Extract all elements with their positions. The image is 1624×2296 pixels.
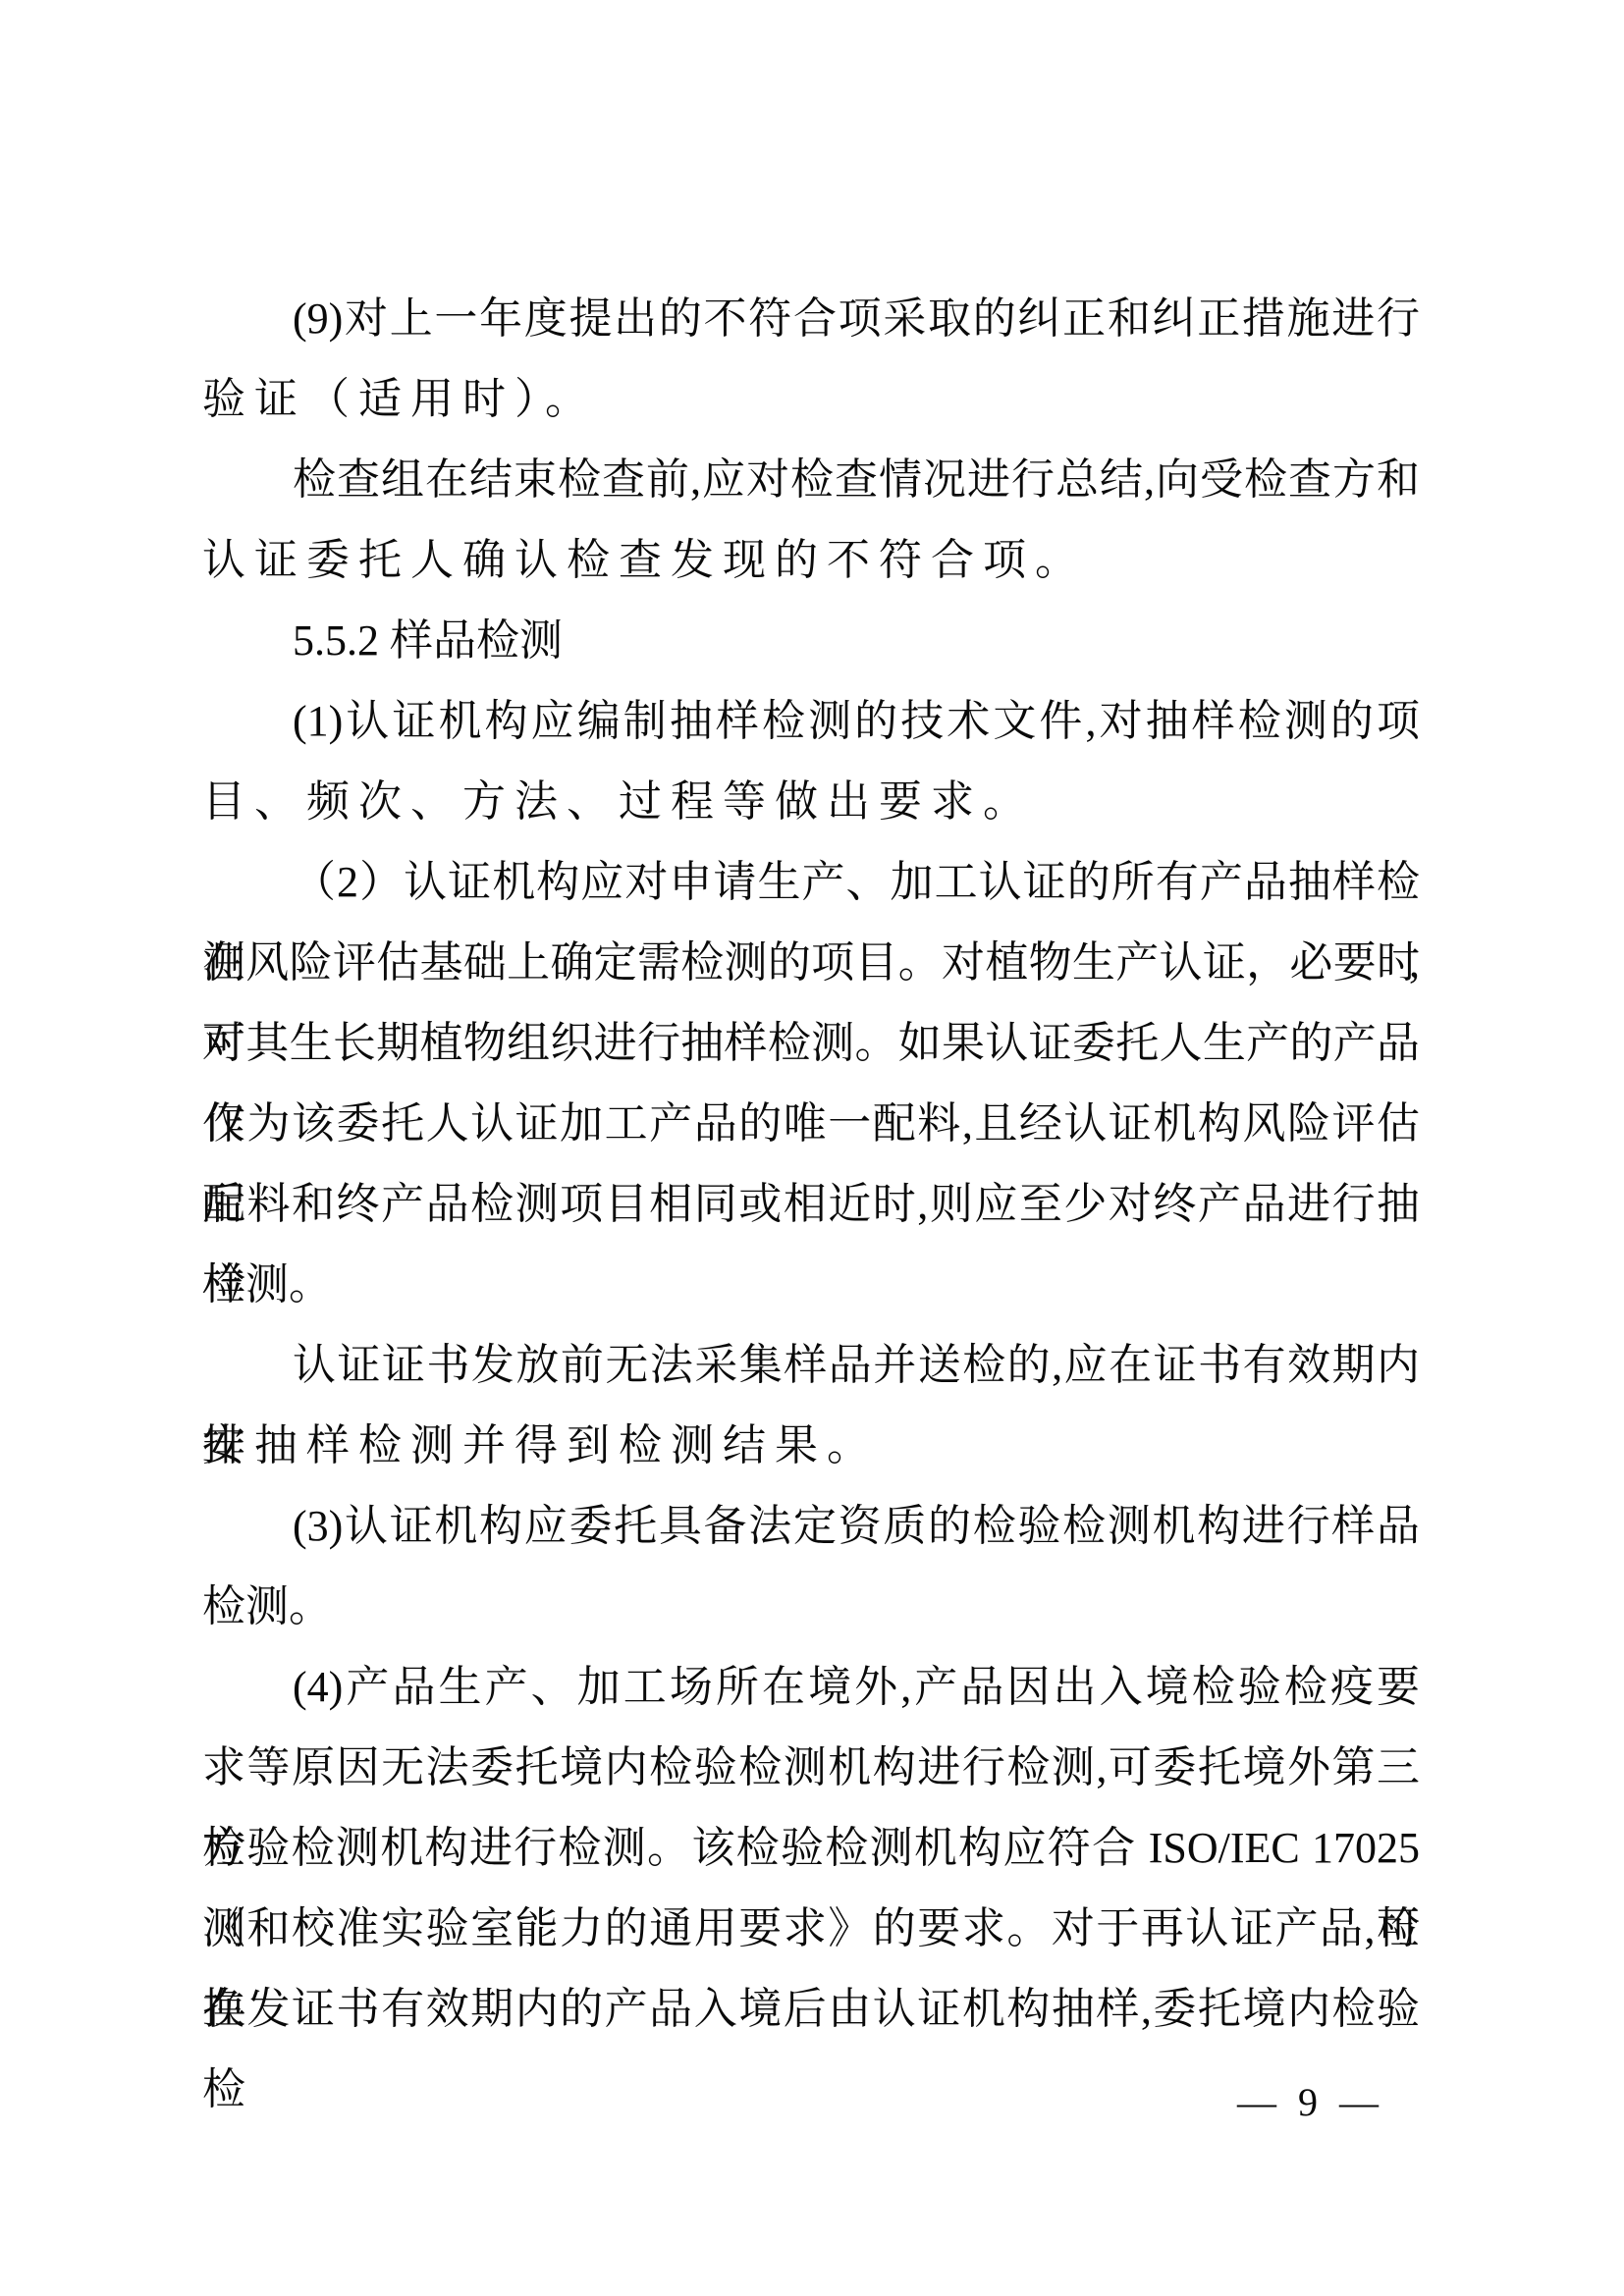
text-line: 目、频次、方法、过程等做出要求。 [202, 762, 1420, 842]
text-line: 排抽样检测并得到检测结果。 [202, 1406, 1420, 1486]
text-line: 验证（适用时）。 [202, 359, 1420, 440]
text-line: 测和校准实验室能力的通用要求》的要求。对于再认证产品,可在 [202, 1889, 1420, 1969]
document-page: (9)对上一年度提出的不符合项采取的纠正和纠正措施进行验证（适用时）。检查组在结… [0, 0, 1624, 2296]
page-number: — 9 — [1237, 2073, 1384, 2132]
text-line: (4)产品生产、加工场所在境外,产品因出入境检验检疫要 [202, 1647, 1420, 1728]
text-line: 认证委托人确认检查发现的不符合项。 [202, 520, 1420, 601]
text-line: (3)认证机构应委托具备法定资质的检验检测机构进行样品 [202, 1486, 1420, 1567]
text-line: 检查组在结束检查前,应对检查情况进行总结,向受检查方和 [202, 440, 1420, 520]
text-line: (1)认证机构应编制抽样检测的技术文件,对抽样检测的项 [202, 681, 1420, 762]
text-line: 认证证书发放前无法采集样品并送检的,应在证书有效期内安 [202, 1325, 1420, 1406]
text-line: 换发证书有效期内的产品入境后由认证机构抽样,委托境内检验检 [202, 1969, 1420, 2050]
document-body: (9)对上一年度提出的不符合项采取的纠正和纠正措施进行验证（适用时）。检查组在结… [202, 279, 1420, 2050]
text-line: (9)对上一年度提出的不符合项采取的纠正和纠正措施进行 [202, 279, 1420, 359]
text-line: 5.5.2 样品检测 [202, 601, 1420, 681]
text-line: 检测。 [202, 1567, 1420, 1647]
text-line: （2）认证机构应对申请生产、加工认证的所有产品抽样检测, [202, 842, 1420, 923]
text-line: 检测。 [202, 1245, 1420, 1325]
text-line: 求等原因无法委托境内检验检测机构进行检测,可委托境外第三方 [202, 1728, 1420, 1808]
text-line: 在风险评估基础上确定需检测的项目。对植物生产认证，必要时可 [202, 923, 1420, 1003]
text-line: 检验检测机构进行检测。该检验检测机构应符合 ISO/IEC 17025《检 [202, 1808, 1420, 1889]
text-line: 对其生长期植物组织进行抽样检测。如果认证委托人生产的产品仅 [202, 1003, 1420, 1084]
text-line: 作为该委托人认证加工产品的唯一配料,且经认证机构风险评估后 [202, 1084, 1420, 1164]
text-line: 配料和终产品检测项目相同或相近时,则应至少对终产品进行抽样 [202, 1164, 1420, 1245]
